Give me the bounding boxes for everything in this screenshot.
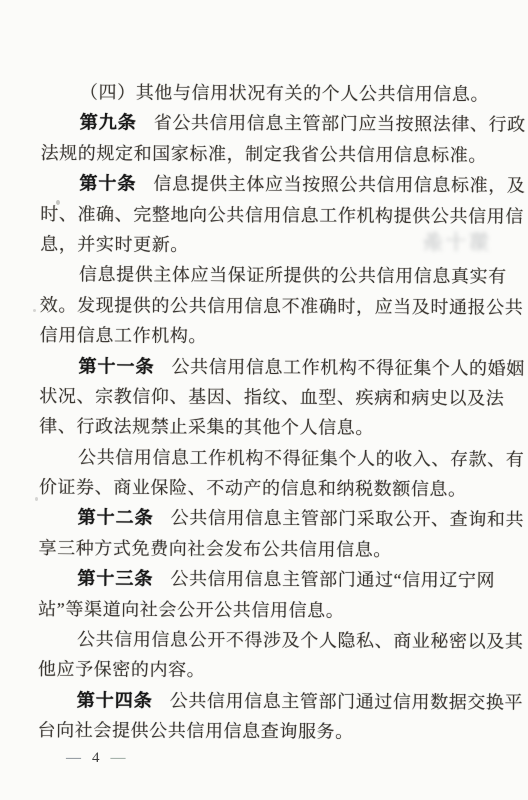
scan-speck <box>33 309 36 312</box>
text-line: 第十条信息提供主体应当按照公共信用信息标准，及 <box>40 168 522 201</box>
article-number: 第十二条 <box>78 508 154 528</box>
body-text: 价证券、商业保险、不动产的信息和纳税数额信息。 <box>39 477 467 499</box>
body-text: 站”等渠道向社会公开公共信用信息。 <box>38 599 344 621</box>
text-line: 第十一条公共信用信息工作机构不得征集个人的婚姻 <box>39 351 521 384</box>
body-text: 息，并实时更新。 <box>40 234 189 255</box>
body-text: 公共信用信息主管部门采取公开、查询和共 <box>171 508 525 530</box>
body-text: 他应予保密的内容。 <box>38 659 206 680</box>
body-text: 公共信用信息工作机构不得征集个人的婚姻 <box>171 356 525 378</box>
text-line: 第九条省公共信用信息主管部门应当按照法律、行政 <box>41 107 523 140</box>
body-text: （四）其他与信用状况有关的个人公共信用信息。 <box>80 82 489 104</box>
body-text: 时、准确、完整地向公共信用信息工作机构提供公共信用信 <box>40 204 524 227</box>
body-text: 享三种方式免费向社会发布公共信用信息。 <box>38 538 392 560</box>
text-line: 效。发现提供的公共信用信息不准确时，应当及时通报公共 <box>40 290 522 323</box>
article-number: 第十条 <box>79 173 136 193</box>
article-number: 第十三条 <box>77 568 153 588</box>
article-number: 第十四条 <box>77 690 153 710</box>
text-line: 公共信用信息公开不得涉及个人隐私、商业秘密以及其 <box>38 624 520 657</box>
body-text: 公共信用信息工作机构不得征集个人的收入、存款、有 <box>78 447 525 469</box>
text-line: 站”等渠道向社会公开公共信用信息。 <box>38 594 520 627</box>
footer-dash-left: — <box>66 748 81 768</box>
body-text: 台向社会提供公共信用信息查询服务。 <box>38 720 354 742</box>
page-footer: — 4 — <box>66 748 126 768</box>
body-text: 省公共信用信息主管部门应当按照法律、行政 <box>154 113 526 135</box>
article-number: 第十一条 <box>78 356 154 376</box>
text-line: 律、行政法规禁止采集的其他个人信息。 <box>39 411 521 444</box>
text-line: 公共信用信息工作机构不得征集个人的收入、存款、有 <box>39 442 521 475</box>
body-text: 法规的规定和国家标准，制定我省公共信用信息标准。 <box>41 143 488 165</box>
text-line: 他应予保密的内容。 <box>38 654 520 687</box>
text-line: 第十二条公共信用信息主管部门采取公开、查询和共 <box>39 502 521 535</box>
body-text: 律、行政法规禁止采集的其他个人信息。 <box>39 416 374 438</box>
text-line: 状况、宗教信仰、基因、指纹、血型、疾病和病史以及法 <box>39 381 521 414</box>
body-text: 状况、宗教信仰、基因、指纹、血型、疾病和病史以及法 <box>39 386 504 408</box>
body-text: 公共信用信息主管部门通过信用数据交换平 <box>170 690 524 712</box>
text-line: 信用信息工作机构。 <box>40 320 522 353</box>
text-line: 法规的规定和国家标准，制定我省公共信用信息标准。 <box>41 138 523 171</box>
body-text: 信息提供主体应当按照公共信用信息标准，及 <box>153 174 525 196</box>
footer-dash-right: — <box>111 748 126 768</box>
body-text: 信用信息工作机构。 <box>40 325 208 346</box>
text-line: 享三种方式免费向社会发布公共信用信息。 <box>38 533 520 566</box>
text-line: 第十三条公共信用信息主管部门通过“信用辽宁网 <box>38 563 520 596</box>
scanned-document-page: （四）其他与信用状况有关的个人公共信用信息。第九条省公共信用信息主管部门应当按照… <box>0 0 528 800</box>
scan-speck <box>56 200 60 205</box>
text-line: 台向社会提供公共信用信息查询服务。 <box>37 715 519 748</box>
scan-speck <box>35 497 38 501</box>
page-number: 4 <box>92 748 100 768</box>
body-text: 效。发现提供的公共信用信息不准确时，应当及时通报公共 <box>40 295 524 318</box>
text-line: 信息提供主体应当保证所提供的公共信用信息真实有 <box>40 259 522 292</box>
text-line: 价证券、商业保险、不动产的信息和纳税数额信息。 <box>39 472 521 505</box>
ink-bleed-artifact: 第十条 <box>419 226 489 255</box>
body-text: 公共信用信息主管部门通过“信用辽宁网 <box>170 569 495 591</box>
article-number: 第九条 <box>80 113 137 133</box>
text-line: 第十四条公共信用信息主管部门通过信用数据交换平 <box>38 685 520 718</box>
body-text: 公共信用信息公开不得涉及个人隐私、商业秘密以及其 <box>77 629 524 651</box>
document-body: （四）其他与信用状况有关的个人公共信用信息。第九条省公共信用信息主管部门应当按照… <box>37 77 522 748</box>
body-text: 信息提供主体应当保证所提供的公共信用信息真实有 <box>79 265 507 287</box>
text-line: （四）其他与信用状况有关的个人公共信用信息。 <box>41 77 523 110</box>
